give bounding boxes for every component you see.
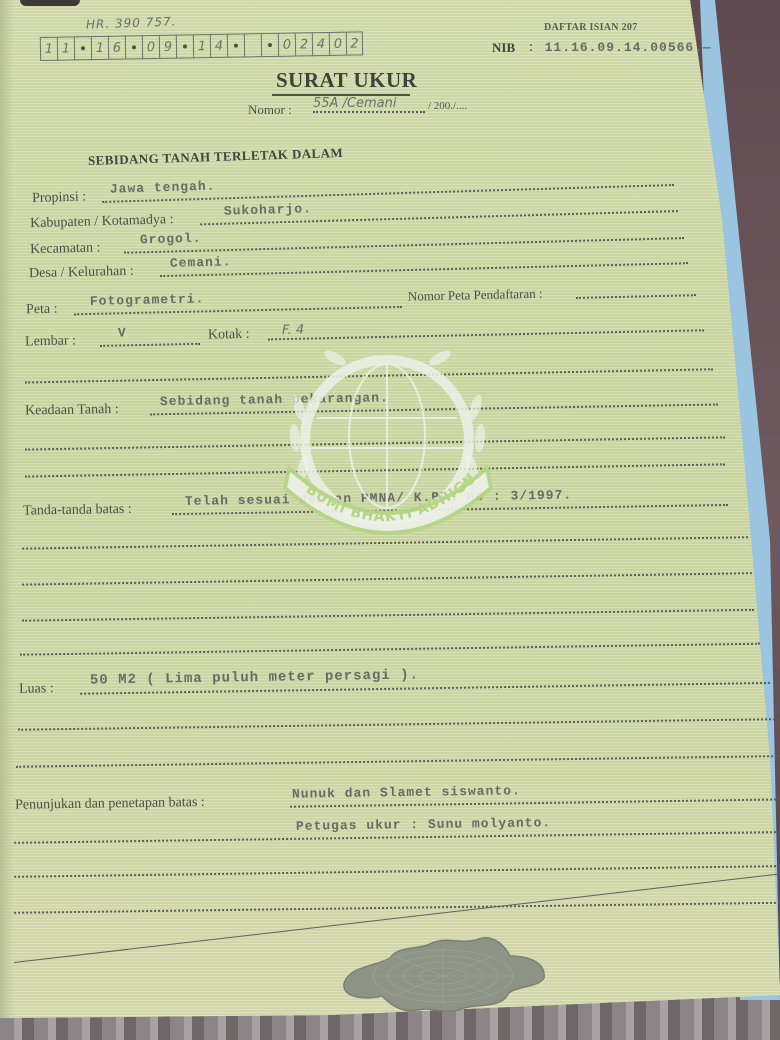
- number-box: 0: [142, 35, 159, 59]
- blank-dotted-line: [25, 463, 725, 477]
- number-box: 1: [193, 34, 210, 58]
- nomor-year: / 200./....: [428, 100, 467, 112]
- number-box: 9: [159, 35, 176, 59]
- number-box: [176, 34, 193, 58]
- number-box: [227, 33, 244, 57]
- keadaan-tanah-value: Sebidang tanah pekarangan.: [160, 390, 389, 409]
- number-box: 2: [295, 32, 312, 56]
- number-box: 1: [91, 36, 108, 60]
- nomor-value: 55A /Cemani: [313, 96, 425, 113]
- luas-value: 50 M2 ( Lima puluh meter persagi ).: [90, 667, 419, 688]
- field-luas: Luas : 50 M2 ( Lima puluh meter persagi …: [0, 658, 780, 700]
- number-box: [125, 35, 142, 59]
- number-box: [74, 36, 91, 60]
- tanda-batas-label: Tanda-tanda batas :: [23, 502, 132, 520]
- kotak-value: F. 4: [282, 323, 305, 338]
- blank-dotted-line: [22, 536, 748, 549]
- number-box: 4: [210, 34, 227, 58]
- blank-line: [0, 878, 780, 918]
- section-heading: SEBIDANG TANAH TERLETAK DALAM: [88, 145, 344, 169]
- blank-dotted-line: [14, 865, 780, 878]
- reference-note: HR. 390 757.: [86, 14, 177, 31]
- nib-label: NIB: [492, 40, 515, 56]
- number-box: 0: [278, 33, 295, 57]
- number-box: 6: [108, 36, 125, 60]
- kotak-label: Kotak :: [208, 327, 250, 344]
- blank-line: [0, 841, 780, 882]
- blank-line: [0, 548, 780, 590]
- blank-line: [0, 731, 780, 772]
- peta-value: Fotogrametri.: [90, 291, 205, 309]
- number-box: 4: [312, 32, 329, 56]
- page-title: SURAT UKUR: [276, 68, 417, 93]
- desa-label: Desa / Kelurahan :: [29, 264, 134, 283]
- nomor-peta-label: Nomor Peta Pendaftaran :: [408, 286, 543, 305]
- lembar-value: V: [118, 325, 127, 340]
- desa-value: Cemani.: [170, 254, 232, 271]
- blank-dotted-line: [16, 755, 780, 768]
- number-box: [261, 33, 278, 57]
- nib-value: : 11.16.09.14.00566.—: [527, 40, 712, 55]
- desa-dotted-line: [160, 262, 688, 277]
- document-content: HR. 390 757. DAFTAR ISIAN 207 NIB : 11.1…: [0, 0, 780, 1040]
- nomor-peta-dotted-line: [576, 294, 696, 299]
- blank-line: [0, 694, 780, 735]
- kotak-dotted-line: [268, 329, 704, 340]
- blank-dotted-line: [14, 902, 780, 914]
- tanda-batas-value: Telah sesuai dengan PMNA/ K.BPN no : 3/1…: [185, 488, 572, 509]
- keadaan-tanah-label: Keadaan Tanah :: [25, 402, 119, 420]
- number-box: 2: [346, 31, 363, 55]
- penunjukan-value: Nunuk dan Slamet siswanto.: [292, 783, 521, 801]
- number-box: 0: [329, 32, 346, 56]
- number-box: 1: [40, 37, 57, 61]
- propinsi-value: Jawa tengah.: [110, 179, 216, 197]
- blank-dotted-line: [18, 718, 778, 731]
- number-box: 1: [57, 36, 74, 60]
- guilloche-emblem: [338, 926, 548, 1016]
- luas-label: Luas :: [19, 681, 54, 698]
- kabupaten-value: Sukoharjo.: [224, 201, 312, 218]
- form-code: DAFTAR ISIAN 207: [544, 22, 638, 33]
- blank-dotted-line: [22, 572, 752, 585]
- blank-line: [0, 618, 780, 660]
- lembar-dotted-line: [100, 343, 200, 347]
- number-boxes: 1116091402402: [40, 31, 363, 61]
- petugas-value: Petugas ukur : Sunu molyanto.: [296, 815, 551, 834]
- lembar-label: Lembar :: [25, 333, 76, 350]
- nomor-label: Nomor :: [248, 102, 292, 118]
- peta-label: Peta :: [26, 302, 58, 319]
- kecamatan-value: Grogol.: [140, 231, 202, 248]
- penunjukan-label: Penunjukan dan penetapan batas :: [15, 795, 205, 814]
- blank-dotted-line: [20, 643, 760, 656]
- number-box: [244, 33, 261, 57]
